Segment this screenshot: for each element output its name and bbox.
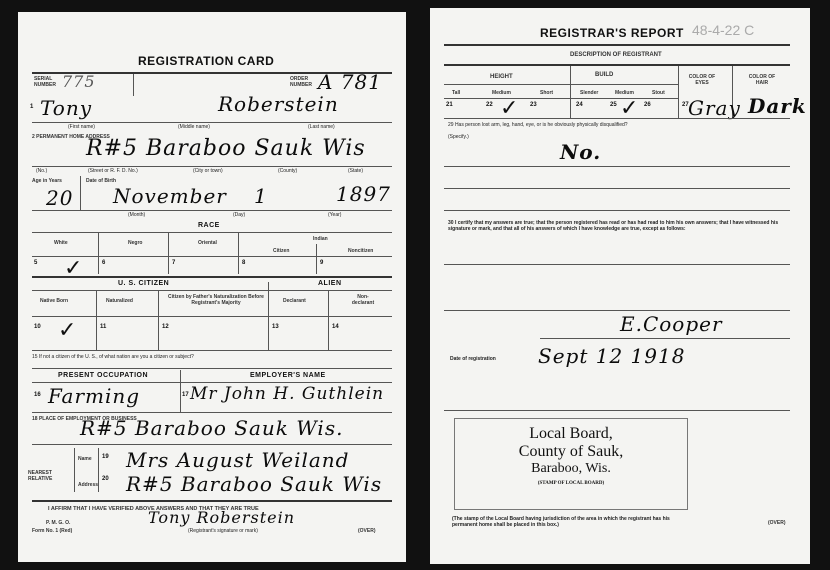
divider xyxy=(316,244,317,274)
col-father-naturalization: Citizen by Father's Naturalization Befor… xyxy=(166,294,266,306)
occupation-value: Farming xyxy=(48,384,140,408)
relative-address: R#5 Baraboo Sauk Wis xyxy=(126,472,382,496)
col-naturalized: Naturalized xyxy=(106,298,133,304)
native-born-checkmark: ✓ xyxy=(58,318,76,343)
divider xyxy=(32,276,392,278)
address-sublabel: (No.) xyxy=(36,168,47,174)
home-address: R#5 Baraboo Sauk Wis xyxy=(86,136,366,161)
field-number: 13 xyxy=(272,324,279,330)
stamp-line: County of Sauk, xyxy=(455,443,687,461)
divider xyxy=(96,290,97,350)
divider xyxy=(74,448,75,492)
divider xyxy=(238,232,239,274)
employment-place: R#5 Baraboo Sauk Wis. xyxy=(80,416,343,440)
last-name: Roberstein xyxy=(218,92,339,116)
eyes-heading: COLOR OF EYES xyxy=(685,74,719,86)
height-tall: Tall xyxy=(452,90,460,96)
divider xyxy=(98,232,99,274)
dob-sublabel: (Month) xyxy=(128,212,145,218)
divider xyxy=(444,210,790,211)
divider xyxy=(570,66,571,118)
hair-heading: COLOR OF HAIR xyxy=(745,74,779,86)
name-label: (Middle name) xyxy=(178,124,210,130)
name-label: (First name) xyxy=(68,124,95,130)
field-number: 21 xyxy=(446,102,453,108)
date-label: Date of registration xyxy=(450,356,496,362)
address-sublabel: (County) xyxy=(278,168,297,174)
citizen-heading: U. S. CITIZEN xyxy=(118,280,169,287)
field-number: 16 xyxy=(34,392,41,398)
divider xyxy=(32,290,392,291)
field-number: 6 xyxy=(102,260,105,266)
hair-color: Dark xyxy=(748,94,807,118)
race-heading: RACE xyxy=(198,222,220,229)
field29-label: 29 Has person lost arm, leg, hand, eye, … xyxy=(448,122,778,128)
dob-year: 1897 xyxy=(336,182,391,206)
field-number: 24 xyxy=(576,102,583,108)
card-title: REGISTRATION CARD xyxy=(138,54,274,68)
employer-value: Mr John H. Guthlein xyxy=(190,384,384,404)
divider xyxy=(32,350,392,351)
dob-month: November xyxy=(113,184,227,208)
address-sublabel: (State) xyxy=(348,168,363,174)
stamp-line: Local Board, xyxy=(455,425,687,443)
divider xyxy=(158,290,159,350)
divider xyxy=(32,232,392,233)
divider xyxy=(80,176,81,210)
col-declarant: Declarant xyxy=(283,298,306,304)
divider xyxy=(444,98,678,99)
signature-label: (Registrant's signature or mark) xyxy=(188,528,258,534)
divider xyxy=(98,448,99,492)
nearest-relative-label: NEAREST RELATIVE xyxy=(28,470,58,482)
order-label: ORDER NUMBER xyxy=(290,76,314,88)
stamp-note: (The stamp of the Local Board having jur… xyxy=(452,516,692,528)
specify-label: (Specify.) xyxy=(448,134,469,140)
field-number: 12 xyxy=(162,324,169,330)
divider xyxy=(180,370,181,412)
alien-heading: ALIEN xyxy=(318,280,342,287)
divider xyxy=(328,290,329,350)
divider xyxy=(444,188,790,189)
stamp-caption: (STAMP OF LOCAL BOARD) xyxy=(455,481,687,487)
field-number: 8 xyxy=(242,260,245,266)
divider xyxy=(444,118,790,119)
height-heading: HEIGHT xyxy=(490,74,513,80)
divider xyxy=(444,84,678,85)
divider xyxy=(444,410,790,411)
race-col-negro: Negro xyxy=(128,240,142,246)
dob-sublabel: (Year) xyxy=(328,212,341,218)
name-label: (Last name) xyxy=(308,124,335,130)
field-number: 11 xyxy=(100,324,106,330)
divider xyxy=(444,64,790,66)
divider xyxy=(32,382,392,383)
divider xyxy=(32,210,392,211)
first-name: Tony xyxy=(40,96,92,120)
field-number: 22 xyxy=(486,102,493,108)
indian-noncitizen: Noncitizen xyxy=(348,248,373,254)
over-label: (OVER) xyxy=(768,520,786,526)
serial-label: SERIAL NUMBER xyxy=(34,76,56,88)
divider xyxy=(32,256,392,257)
disqualified-answer: No. xyxy=(560,140,601,164)
field-number: 20 xyxy=(102,476,109,482)
form-id: P. M. G. O. xyxy=(46,520,70,526)
divider xyxy=(32,500,392,502)
field-number: 14 xyxy=(332,324,339,330)
height-short: Short xyxy=(540,90,553,96)
order-number: A 781 xyxy=(318,70,382,94)
divider xyxy=(32,122,392,123)
local-board-stamp: Local Board, County of Sauk, Baraboo, Wi… xyxy=(454,418,688,510)
eye-color: Gray xyxy=(688,96,741,120)
race-col-indian: Indian xyxy=(313,236,328,242)
field-number: 9 xyxy=(320,260,323,266)
divider xyxy=(32,412,392,413)
relative-name: Mrs August Weiland xyxy=(126,448,350,472)
registrar-signature: E.Cooper xyxy=(620,312,723,336)
registration-card-back: REGISTRAR'S REPORT 48-4-22 C DESCRIPTION… xyxy=(430,8,810,564)
serial-number: 775 xyxy=(62,72,96,91)
divider xyxy=(133,74,134,96)
field-number: 23 xyxy=(530,102,537,108)
divider xyxy=(444,166,790,167)
stamp-line: Baraboo, Wis. xyxy=(455,461,687,477)
race-col-white: White xyxy=(54,240,68,246)
field-number: 26 xyxy=(644,102,651,108)
divider xyxy=(678,66,679,118)
divider xyxy=(32,444,392,445)
field-number: 17 xyxy=(182,392,189,398)
relative-address-label: Address xyxy=(78,482,98,488)
registrar-report-title: REGISTRAR'S REPORT xyxy=(540,26,684,40)
divider xyxy=(444,44,790,46)
registrant-signature: Tony Roberstein xyxy=(148,508,295,527)
divider xyxy=(32,166,392,167)
address-sublabel: (City or town) xyxy=(193,168,223,174)
dob-sublabel: (Day) xyxy=(233,212,245,218)
divider xyxy=(444,264,790,265)
over-label: (OVER) xyxy=(358,528,376,534)
divider xyxy=(32,368,392,369)
field-number: 19 xyxy=(102,454,109,460)
address-sublabel: (Street or R. F. D. No.) xyxy=(88,168,138,174)
race-col-oriental: Oriental xyxy=(198,240,217,246)
employer-heading: EMPLOYER'S NAME xyxy=(250,372,326,379)
occupation-heading: PRESENT OCCUPATION xyxy=(58,372,148,379)
form-number: Form No. 1 (Red) xyxy=(32,528,72,534)
field-number: 1 xyxy=(30,104,33,110)
divider xyxy=(32,316,392,317)
divider xyxy=(444,310,790,311)
registration-card-front: REGISTRATION CARD SERIAL NUMBER 775 ORDE… xyxy=(18,12,406,562)
build-heading: BUILD xyxy=(595,72,613,78)
field-number: 10 xyxy=(34,324,41,330)
col-non-declarant: Non-declarant xyxy=(348,294,378,306)
age-value: 20 xyxy=(46,186,73,210)
col-native-born: Native Born xyxy=(40,298,68,304)
stamp-code: 48-4-22 C xyxy=(692,22,754,38)
certify-text: 30 I certify that my answers are true; t… xyxy=(448,220,794,232)
signature-line xyxy=(540,338,790,339)
age-label: Age in Years xyxy=(32,178,62,184)
registration-date: Sept 12 1918 xyxy=(538,344,685,368)
field-number: 7 xyxy=(172,260,175,266)
indian-citizen: Citizen xyxy=(273,248,289,254)
field15-label: 15 If not a citizen of the U. S., of wha… xyxy=(32,354,282,360)
description-heading: DESCRIPTION OF REGISTRANT xyxy=(570,52,662,58)
build-slender: Slender xyxy=(580,90,598,96)
field-number: 5 xyxy=(34,260,37,266)
relative-name-label: Name xyxy=(78,456,92,462)
dob-label: Date of Birth xyxy=(86,178,116,184)
dob-day: 1 xyxy=(254,184,268,208)
field-number: 25 xyxy=(610,102,617,108)
build-stout: Stout xyxy=(652,90,665,96)
divider xyxy=(168,232,169,274)
